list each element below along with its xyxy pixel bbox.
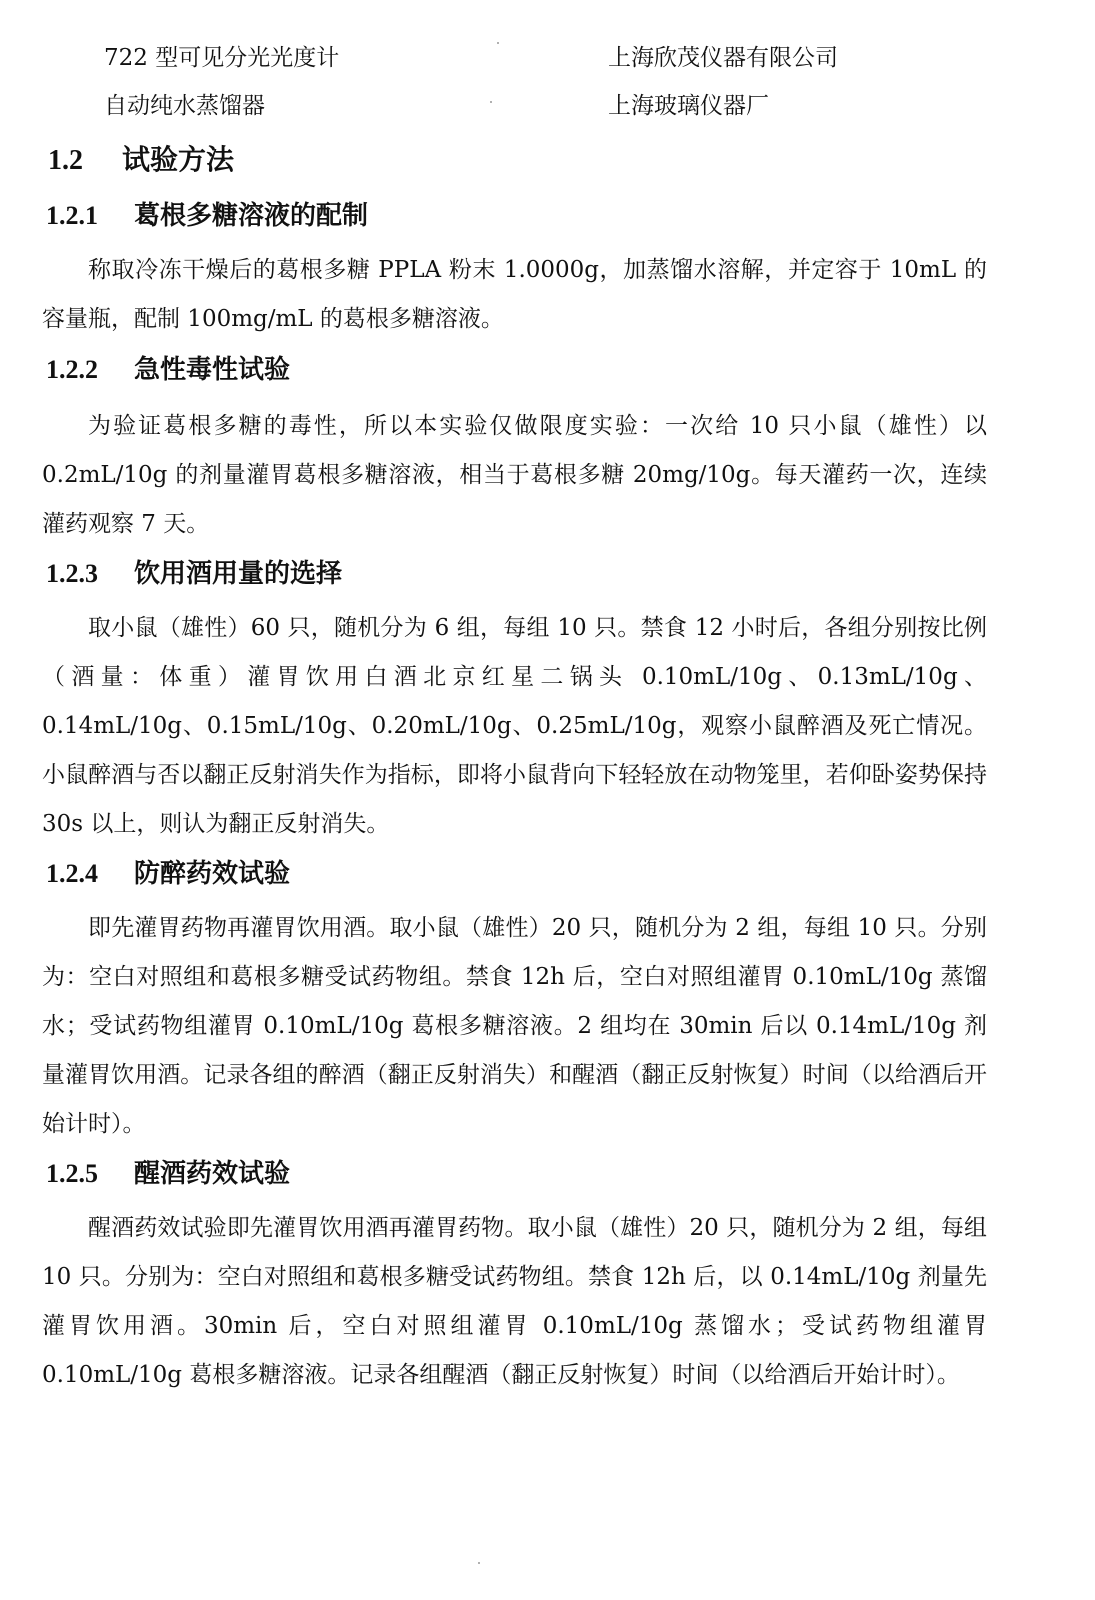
equipment-row: 自动纯水蒸馏器 上海玻璃仪器厂 [0,86,1095,126]
subsection-number: 1.2.1 [46,196,134,236]
equipment-row: 722 型可见分光光度计 上海欣茂仪器有限公司 [0,38,1095,78]
paragraph: 为验证葛根多糖的毒性，所以本实验仅做限度实验：一次给 10 只小鼠（雄性）以 0… [42,402,987,549]
subsection-title: 饮用酒用量的选择 [134,559,342,589]
scan-speck [478,1562,480,1564]
paragraph: 即先灌胃药物再灌胃饮用酒。取小鼠（雄性）20 只，随机分为 2 组，每组 10 … [42,904,987,1149]
equipment-maker: 上海玻璃仪器厂 [608,86,769,126]
equipment-maker: 上海欣茂仪器有限公司 [608,38,838,78]
document-page: 722 型可见分光光度计 上海欣茂仪器有限公司 自动纯水蒸馏器 上海玻璃仪器厂 … [0,0,1095,1600]
paragraph: 醒酒药效试验即先灌胃饮用酒再灌胃药物。取小鼠（雄性）20 只，随机分为 2 组，… [42,1204,987,1400]
paragraph: 取小鼠（雄性）60 只，随机分为 6 组，每组 10 只。禁食 12 小时后，各… [42,604,987,849]
subsection-heading: 1.2.4防醉药效试验 [46,854,290,894]
subsection-title: 葛根多糖溶液的配制 [134,201,368,231]
scan-speck [490,101,492,103]
equipment-name: 自动纯水蒸馏器 [104,86,265,126]
subsection-number: 1.2.5 [46,1154,134,1194]
subsection-heading: 1.2.3饮用酒用量的选择 [46,554,342,594]
subsection-title: 急性毒性试验 [134,355,290,385]
subsection-heading: 1.2.5醒酒药效试验 [46,1154,290,1194]
scan-speck [497,42,499,44]
paragraph: 称取冷冻干燥后的葛根多糖 PPLA 粉末 1.0000g，加蒸馏水溶解，并定容于… [42,246,987,344]
subsection-number: 1.2.3 [46,554,134,594]
subsection-title: 醒酒药效试验 [134,1159,290,1189]
subsection-heading: 1.2.2急性毒性试验 [46,350,290,390]
equipment-name: 722 型可见分光光度计 [104,38,339,78]
section-number: 1.2 [48,141,122,181]
subsection-title: 防醉药效试验 [134,859,290,889]
subsection-number: 1.2.2 [46,350,134,390]
subsection-number: 1.2.4 [46,854,134,894]
subsection-heading: 1.2.1葛根多糖溶液的配制 [46,196,368,236]
section-heading: 1.2试验方法 [48,140,234,181]
section-title: 试验方法 [122,143,234,176]
